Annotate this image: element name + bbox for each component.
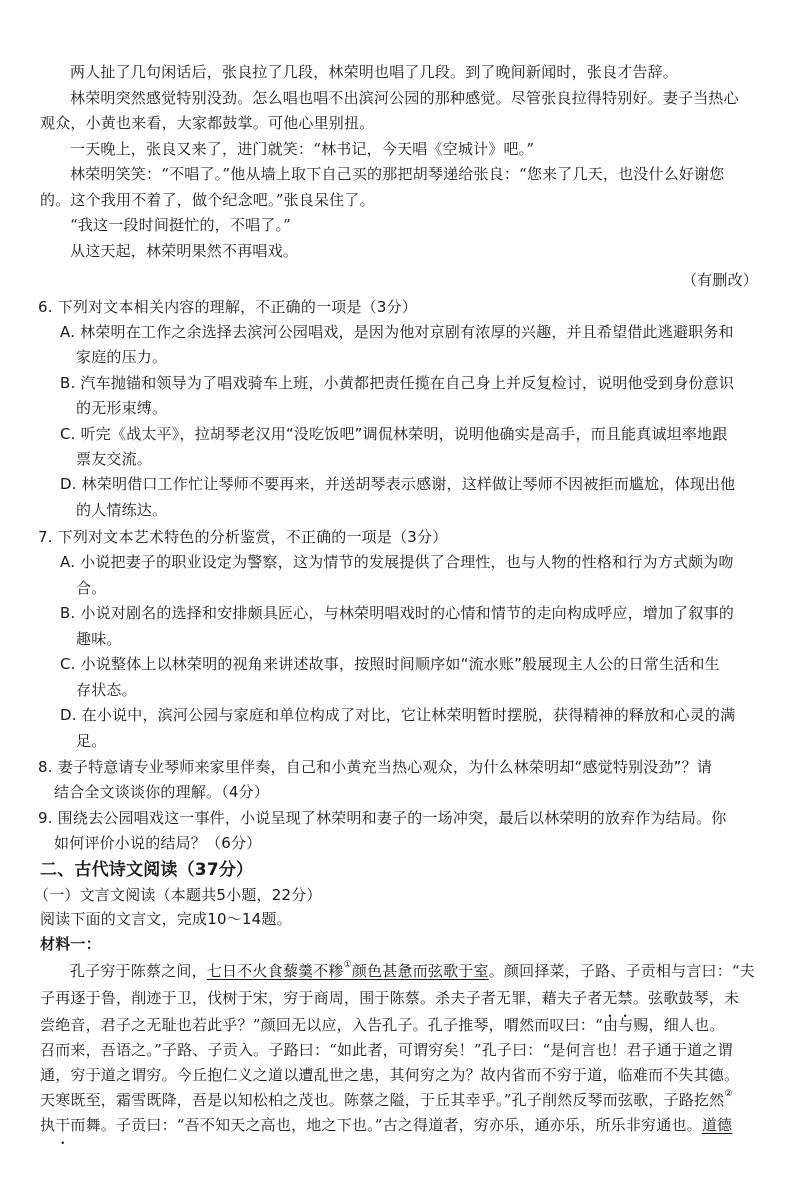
question-6-stem: 6. 下列对文本相关内容的理解，不正确的一项是（3分） bbox=[38, 295, 758, 320]
question-6-option-c-cont: 票友交流。 bbox=[76, 447, 796, 472]
story-paragraph: 一天晚上，张良又来了，进门就笑：“林书记，今天唱《空城计》吧。” bbox=[70, 137, 790, 162]
question-7-option-a-cont: 合。 bbox=[76, 576, 796, 601]
question-9: 9. 围绕去公园唱戏这一事件，小说呈现了林荣明和妻子的一场冲突，最后以林荣明的放… bbox=[38, 806, 758, 831]
section-2-instruction: 阅读下面的文言文，完成10～14题。 bbox=[40, 907, 760, 932]
question-7-option-c-cont: 存状态。 bbox=[76, 678, 796, 703]
emphasis-char: 干 bbox=[55, 1116, 70, 1134]
emphasis-char: 禁 bbox=[618, 989, 633, 1007]
story-paragraph: 从这天起，林荣明果然不再唱戏。 bbox=[70, 239, 790, 264]
question-8-cont: 结合全文谈谈你的理解。（4分） bbox=[54, 780, 774, 805]
question-7-option-c: C. 小说整体上以林荣明的视角来讲述故事，按照时间顺序如“流水账”般展现主人公的… bbox=[60, 652, 780, 677]
question-8: 8. 妻子特意请专业琴师来家里伴奏，自己和小黄充当热心观众，为什么林荣明却“感觉… bbox=[38, 755, 758, 780]
story-paragraph: 两人扯了几句闲话后，张良拉了几段，林荣明也唱了几段。到了晚间新闻时，张良才告辞。 bbox=[70, 60, 790, 85]
question-6-option-b-cont: 的无形束缚。 bbox=[76, 396, 796, 421]
text-segment: 而舞。子贡曰：“吾不知天之高也，地之下也。”古之得道者，穷亦乐，通亦乐，所乐非穷… bbox=[70, 1116, 701, 1134]
question-6-option-d: D. 林荣明借口工作忙让琴师不要再来，并送胡琴表示感谢，这样做让琴师不因被拒而尴… bbox=[60, 472, 780, 497]
text-segment: 颜色甚惫而弦歌于室 bbox=[352, 962, 489, 980]
material-1-line: 天寒既至，霜雪既降，吾是以知松柏之茂也。陈蔡之隘，于丘其幸乎。”孔子削然反琴而弦… bbox=[40, 1088, 760, 1113]
text-segment: 。弦歌鼓琴，未 bbox=[633, 989, 739, 1007]
story-paragraph: 林荣明突然感觉特别没劲。怎么唱也唱不出滨河公园的那种感觉。尽管张良拉得特别好。妻… bbox=[70, 86, 790, 111]
material-1-line: 召而来，吾语之。”子路、子贡入。子路曰：“如此者，可谓穷矣！”孔子曰：“是何言也… bbox=[40, 1038, 760, 1063]
exam-page: 两人扯了几句闲话后，张良拉了几段，林荣明也唱了几段。到了晚间新闻时，张良才告辞。… bbox=[0, 0, 800, 1183]
section-2-subtitle: （一）文言文阅读（本题共5小题，22分） bbox=[34, 883, 754, 908]
material-1-line: 通，穷于道之谓穷。今丘抱仁义之道以遭乱世之患，其何穷之为？故内省而不穷于道，临难… bbox=[40, 1063, 760, 1088]
question-7-stem: 7. 下列对文本艺术特色的分析鉴赏，不正确的一项是（3分） bbox=[38, 525, 758, 550]
material-1-label: 材料一： bbox=[40, 932, 760, 957]
question-7-option-d-cont: 足。 bbox=[76, 729, 796, 754]
section-2-title: 二、古代诗文阅读（37分） bbox=[40, 858, 760, 883]
story-paragraph-cont: 观众，小黄也来看，大家都鼓掌。可他心里别扭。 bbox=[40, 111, 760, 136]
material-1-line: 子再逐于鲁，削迹于卫，伐树于宋，穷于商周，围于陈蔡。杀夫子者无罪，藉夫子者无禁。… bbox=[40, 986, 760, 1011]
question-6-option-a-cont: 家庭的压力。 bbox=[76, 345, 796, 370]
text-segment: 子再逐于鲁，削迹于卫，伐树于宋，穷于商周，围于陈蔡。杀夫子者无罪，藉夫子者 bbox=[40, 989, 602, 1007]
question-6-option-c: C. 听完《战太平》，拉胡琴老汉用“没吃饭吧”调侃林荣明，说明他确实是高手，而且… bbox=[60, 422, 780, 447]
question-6-option-d-cont: 的人情练达。 bbox=[76, 498, 796, 523]
material-1-line: 孔子穷于陈蔡之间，七日不火食藜羹不糁①颜色甚惫而弦歌于室。颜回择菜，子路、子贡相… bbox=[70, 959, 790, 984]
question-9-cont: 如何评价小说的结局？（6分） bbox=[54, 831, 774, 856]
edit-note: （有删改） bbox=[682, 268, 758, 293]
story-paragraph-cont: 的。这个我用不着了，做个纪念吧。”张良呆住了。 bbox=[40, 188, 760, 213]
question-6-option-b: B. 汽车抛锚和领导为了唱戏骑车上班，小黄都把责任揽在自己身上并反复检讨，说明他… bbox=[60, 371, 780, 396]
story-paragraph: “我这一段时间挺忙的，不唱了。” bbox=[70, 213, 790, 238]
text-segment: 七日不火食藜羹不糁 bbox=[207, 962, 344, 980]
question-7-option-d: D. 在小说中，滨河公园与家庭和单位构成了对比，它让林荣明暂时摆脱，获得精神的释… bbox=[60, 703, 780, 728]
footnote-marker-2: ② bbox=[724, 1089, 732, 1099]
text-segment: 。颜回择菜，子路、子贡相与言曰：“夫 bbox=[489, 962, 755, 980]
question-7-option-b-cont: 趣味。 bbox=[76, 627, 796, 652]
footnote-marker-1: ① bbox=[344, 960, 352, 970]
text-segment: 天寒既至，霜雪既降，吾是以知松柏之茂也。陈蔡之隘，于丘其幸乎。”孔子削然反琴而弦… bbox=[40, 1091, 724, 1109]
question-7-option-b: B. 小说对剧名的选择和安排颇具匠心，与林荣明唱戏时的心情和情节的走向构成呼应，… bbox=[60, 601, 780, 626]
text-segment: 执 bbox=[40, 1116, 55, 1134]
story-paragraph: 林荣明笑笑：“不唱了。”他从墙上取下自己买的那把胡琴递给张良：“您来了几天，也没… bbox=[70, 162, 790, 187]
material-1-line: 执干而舞。子贡曰：“吾不知天之高也，地之下也。”古之得道者，穷亦乐，通亦乐，所乐… bbox=[40, 1113, 760, 1138]
underlined-sentence: 道德 bbox=[702, 1116, 732, 1134]
text-segment: 孔子穷于陈蔡之间， bbox=[70, 962, 207, 980]
question-7-option-a: A. 小说把妻子的职业设定为警察，这为情节的发展提供了合理性，也与人物的性格和行… bbox=[60, 550, 780, 575]
emphasis-char: 无 bbox=[602, 989, 617, 1007]
underlined-sentence: 七日不火食藜羹不糁①颜色甚惫而弦歌于室 bbox=[207, 962, 489, 980]
question-6-option-a: A. 林荣明在工作之余选择去滨河公园唱戏，是因为他对京剧有浓厚的兴趣，并且希望借… bbox=[60, 320, 780, 345]
material-1-line: 尝绝音，君子之无耻也若此乎？”颜回无以应，入告孔子。孔子推琴，喟然而叹曰：“由与… bbox=[40, 1013, 760, 1038]
